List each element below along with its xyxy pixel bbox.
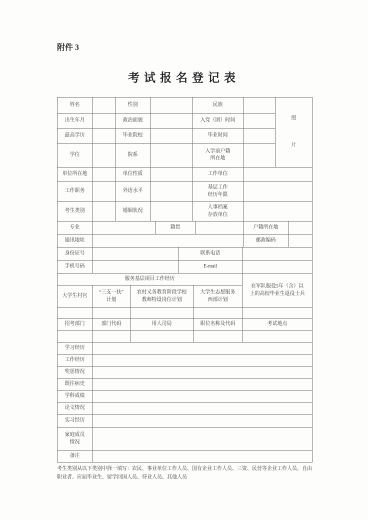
field-label: 入党（团）时间 <box>192 113 243 128</box>
value-cell <box>150 97 192 113</box>
value-cell <box>92 181 115 201</box>
value-cell <box>130 307 193 318</box>
field-label: 户籍所在地 <box>243 221 288 234</box>
field-label: 婚姻状况 <box>115 201 150 221</box>
field-label: 民族 <box>192 97 243 113</box>
photo-label-bottom: 片 <box>291 142 296 149</box>
field-label: 单位所在地 <box>57 167 92 181</box>
field-label: 邮政编码 <box>243 234 288 247</box>
field-label: 出生年月 <box>57 113 92 128</box>
field-label: 学位 <box>57 143 92 167</box>
field-label: 性别 <box>115 97 150 113</box>
major-row-table: 专业 籍贯 户籍所在地 <box>57 221 313 235</box>
value-cell <box>92 402 312 414</box>
service-col-label: 大学生志愿服务 西部计划 <box>193 285 242 307</box>
value-cell <box>130 330 193 342</box>
service-col-label: 大学生村官 <box>57 285 92 307</box>
job-header-label: 职位名称及代码 <box>193 318 242 330</box>
value-cell <box>57 307 92 318</box>
field-label: 实习经历 <box>57 414 92 427</box>
value-cell <box>92 260 178 273</box>
military-service-cell: 在军队服役5年（含）以 上的高校毕业生退役士兵 <box>242 273 312 307</box>
value-cell <box>92 427 312 450</box>
field-label: 人事档案 存放单位 <box>192 201 243 221</box>
field-label: E-mail <box>178 260 242 273</box>
field-label: 籍贯 <box>155 221 195 234</box>
value-cell <box>193 330 242 342</box>
value-cell <box>92 247 178 260</box>
field-label: 外语水平 <box>115 181 150 201</box>
photo-label-top: 照 <box>291 115 296 122</box>
value-cell <box>150 113 192 128</box>
value-cell <box>242 307 312 318</box>
value-cell <box>92 414 312 427</box>
value-cell <box>195 221 243 234</box>
value-cell <box>92 201 115 221</box>
field-label: 专业 <box>57 221 92 234</box>
candidate-category-note: 考生类别从以下类别中择一填写：农民、事业单位工作人员、国有企业工作人员、三资、民… <box>57 465 313 482</box>
value-cell <box>243 181 312 201</box>
field-label: 工作单位 <box>192 167 243 181</box>
field-label: 单位性质 <box>115 167 150 181</box>
field-label: 学科成绩 <box>57 390 92 402</box>
value-cell <box>92 128 115 143</box>
value-cell <box>150 181 192 201</box>
field-label: 考生类别 <box>57 201 92 221</box>
value-cell <box>242 260 312 273</box>
work-info-table: 单位所在地 单位性质 工作单位 工作职务 外语水平 基层工作 经历年限 考生类别… <box>57 167 313 222</box>
field-label: 姓名 <box>57 97 92 113</box>
field-label: 手机号码 <box>57 260 92 273</box>
value-cell <box>243 201 312 221</box>
value-cell <box>193 307 242 318</box>
value-cell <box>92 378 312 390</box>
value-cell <box>243 113 275 128</box>
field-label: 政治面貌 <box>115 113 150 128</box>
value-cell <box>150 201 192 221</box>
value-cell <box>92 221 155 234</box>
field-label: 工作经历 <box>57 354 92 366</box>
value-cell <box>92 342 312 354</box>
value-cell <box>92 307 130 318</box>
document-page: 附件 3 考试报名登记表 姓名 性别 民族 照 片 出生年月 政治面貌 入党（团… <box>0 0 368 520</box>
value-cell <box>92 330 130 342</box>
value-cell <box>242 247 312 260</box>
field-label: 毕业时间 <box>192 128 243 143</box>
value-cell <box>288 234 312 247</box>
value-cell <box>92 234 243 247</box>
service-header: 服务基层项目工作经历 <box>57 273 242 285</box>
service-col-label: 农村义务教育阶段学校 教师特设岗位计划 <box>130 285 193 307</box>
value-cell <box>92 97 115 113</box>
field-label: 院系 <box>115 143 150 167</box>
field-label: 入学前户籍 所在地 <box>192 143 243 167</box>
value-cell <box>57 330 92 342</box>
value-cell <box>92 143 115 167</box>
value-cell <box>92 167 115 181</box>
field-label: 论文情况 <box>57 402 92 414</box>
value-cell <box>92 354 312 366</box>
value-cell <box>150 143 192 167</box>
value-cell <box>92 113 115 128</box>
photo-cell: 照 片 <box>275 97 312 167</box>
value-cell <box>243 143 275 167</box>
value-cell <box>243 97 275 113</box>
job-header-label: 考试地点 <box>242 318 312 330</box>
field-label: 最高学历 <box>57 128 92 143</box>
service-table: 服务基层项目工作经历 在军队服役5年（含）以 上的高校毕业生退役士兵 大学生村官… <box>57 273 313 343</box>
value-cell <box>150 167 192 181</box>
field-label: 既往病史 <box>57 378 92 390</box>
field-label: 奖惩情况 <box>57 366 92 378</box>
job-header-label: 部门代码 <box>92 318 130 330</box>
value-cell <box>150 128 192 143</box>
field-label: 联系电话 <box>178 247 242 260</box>
contact-table: 身份证号 联系电话 手机号码 E-mail <box>57 247 313 274</box>
service-col-label: “三支一扶” 计划 <box>92 285 130 307</box>
field-label: 身份证号 <box>57 247 92 260</box>
field-label: 通讯地址 <box>57 234 92 247</box>
value-cell <box>242 330 312 342</box>
address-row-table: 通讯地址 邮政编码 <box>57 234 313 248</box>
value-cell <box>243 167 312 181</box>
form-title: 考试报名登记表 <box>0 72 368 84</box>
field-label: 工作职务 <box>57 181 92 201</box>
field-label: 学习经历 <box>57 342 92 354</box>
basic-info-table: 姓名 性别 民族 照 片 出生年月 政治面貌 入党（团）时间 最高学历 毕 <box>57 97 313 168</box>
value-cell <box>92 450 312 462</box>
field-label: 毕业院校 <box>115 128 150 143</box>
value-cell <box>243 128 275 143</box>
field-label: 家庭成员 情况 <box>57 427 92 450</box>
attachment-label: 附件 3 <box>57 44 368 52</box>
detail-table: 学习经历 工作经历 奖惩情况 既往病史 学科成绩 论文情况 实习经历 家庭成员 <box>57 342 313 463</box>
field-label: 基层工作 经历年限 <box>192 181 243 201</box>
value-cell <box>92 390 312 402</box>
job-header-label: 招考部门 <box>57 318 92 330</box>
field-label: 备注 <box>57 450 92 462</box>
value-cell <box>288 221 312 234</box>
value-cell <box>92 366 312 378</box>
job-header-label: 用人司局 <box>130 318 193 330</box>
